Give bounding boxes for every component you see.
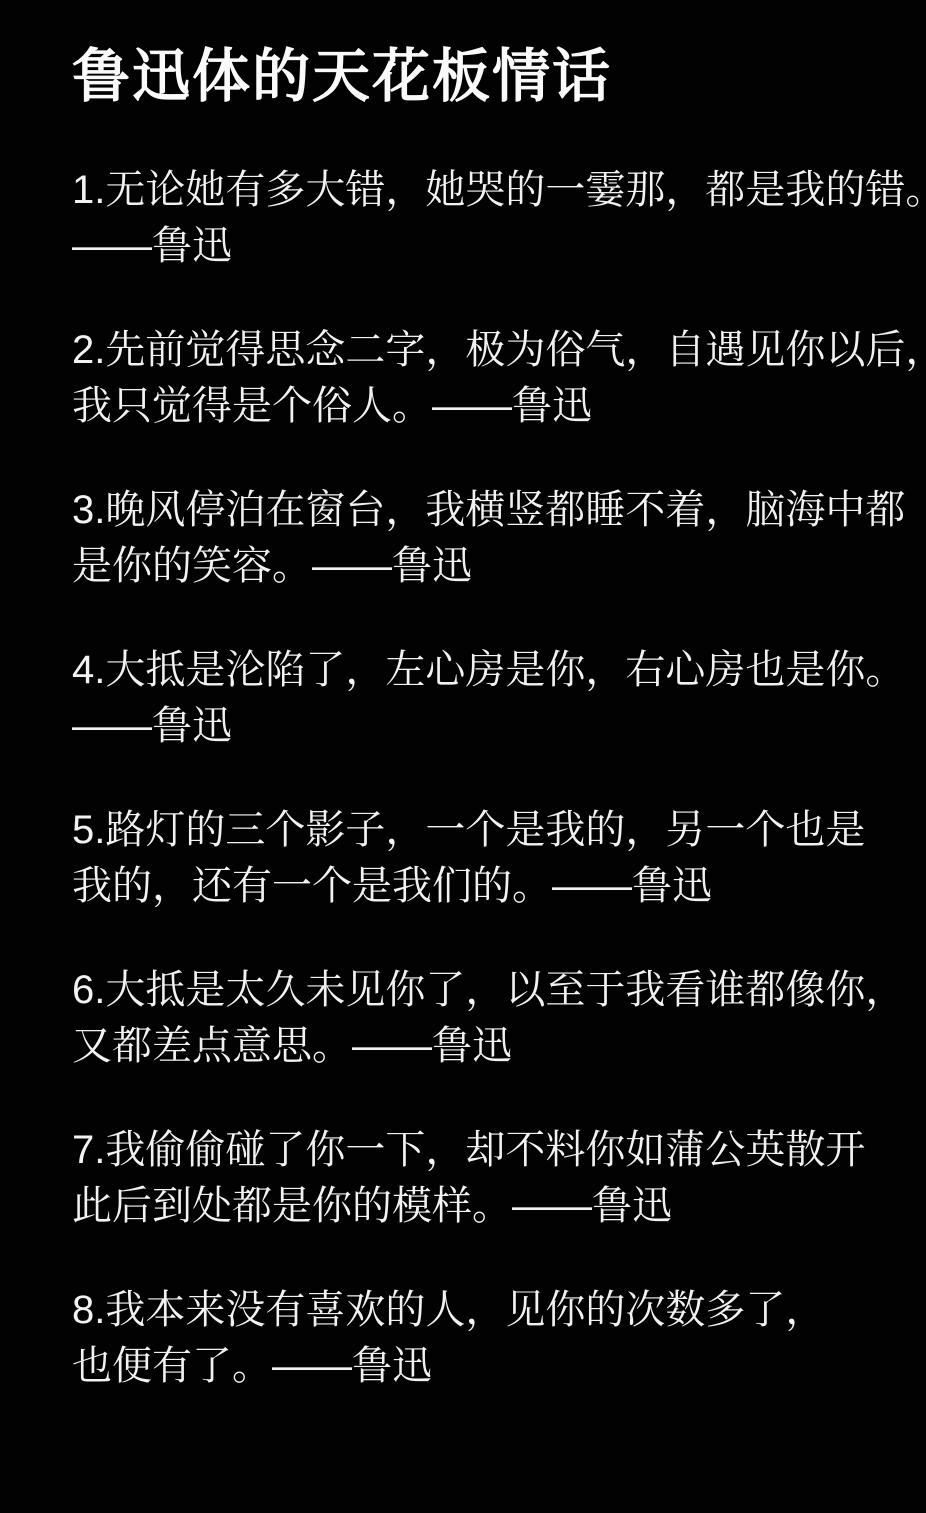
quote-line: 6.大抵是太久未见你了，以至于我看谁都像你， [72, 962, 886, 1018]
quote-line: 7.我偷偷碰了你一下，却不料你如蒲公英散开 [72, 1122, 886, 1178]
page-title: 鲁迅体的天花板情话 [72, 36, 886, 118]
quote-item-5: 5.路灯的三个影子，一个是我的，另一个也是 我的，还有一个是我们的。——鲁迅 [72, 802, 886, 914]
quote-attribution-line: 是你的笑容。——鲁迅 [72, 538, 886, 594]
quote-attribution-line: 又都差点意思。——鲁迅 [72, 1018, 886, 1074]
quote-item-8: 8.我本来没有喜欢的人，见你的次数多了， 也便有了。——鲁迅 [72, 1282, 886, 1394]
quote-card-page: 鲁迅体的天花板情话 1.无论她有多大错，她哭的一霎那，都是我的错。 ——鲁迅 2… [0, 0, 926, 1513]
quote-item-3: 3.晚风停泊在窗台，我横竖都睡不着，脑海中都 是你的笑容。——鲁迅 [72, 482, 886, 594]
quote-item-2: 2.先前觉得思念二字，极为俗气，自遇见你以后， 我只觉得是个俗人。——鲁迅 [72, 322, 886, 434]
quote-item-1: 1.无论她有多大错，她哭的一霎那，都是我的错。 ——鲁迅 [72, 162, 886, 274]
quote-line: 4.大抵是沦陷了，左心房是你，右心房也是你。 [72, 642, 886, 698]
quote-item-6: 6.大抵是太久未见你了，以至于我看谁都像你， 又都差点意思。——鲁迅 [72, 962, 886, 1074]
quote-attribution-line: ——鲁迅 [72, 218, 886, 274]
quote-line: 2.先前觉得思念二字，极为俗气，自遇见你以后， [72, 322, 886, 378]
quote-attribution-line: 我只觉得是个俗人。——鲁迅 [72, 378, 886, 434]
quote-item-4: 4.大抵是沦陷了，左心房是你，右心房也是你。 ——鲁迅 [72, 642, 886, 754]
quote-attribution-line: 此后到处都是你的模样。——鲁迅 [72, 1178, 886, 1234]
quote-line: 8.我本来没有喜欢的人，见你的次数多了， [72, 1282, 886, 1338]
quote-line: 3.晚风停泊在窗台，我横竖都睡不着，脑海中都 [72, 482, 886, 538]
quote-line: 1.无论她有多大错，她哭的一霎那，都是我的错。 [72, 162, 886, 218]
quote-line: 5.路灯的三个影子，一个是我的，另一个也是 [72, 802, 886, 858]
quote-card-content: 鲁迅体的天花板情话 1.无论她有多大错，她哭的一霎那，都是我的错。 ——鲁迅 2… [0, 0, 926, 1394]
quote-attribution-line: 也便有了。——鲁迅 [72, 1338, 886, 1394]
quote-attribution-line: ——鲁迅 [72, 698, 886, 754]
quote-attribution-line: 我的，还有一个是我们的。——鲁迅 [72, 858, 886, 914]
quote-item-7: 7.我偷偷碰了你一下，却不料你如蒲公英散开 此后到处都是你的模样。——鲁迅 [72, 1122, 886, 1234]
